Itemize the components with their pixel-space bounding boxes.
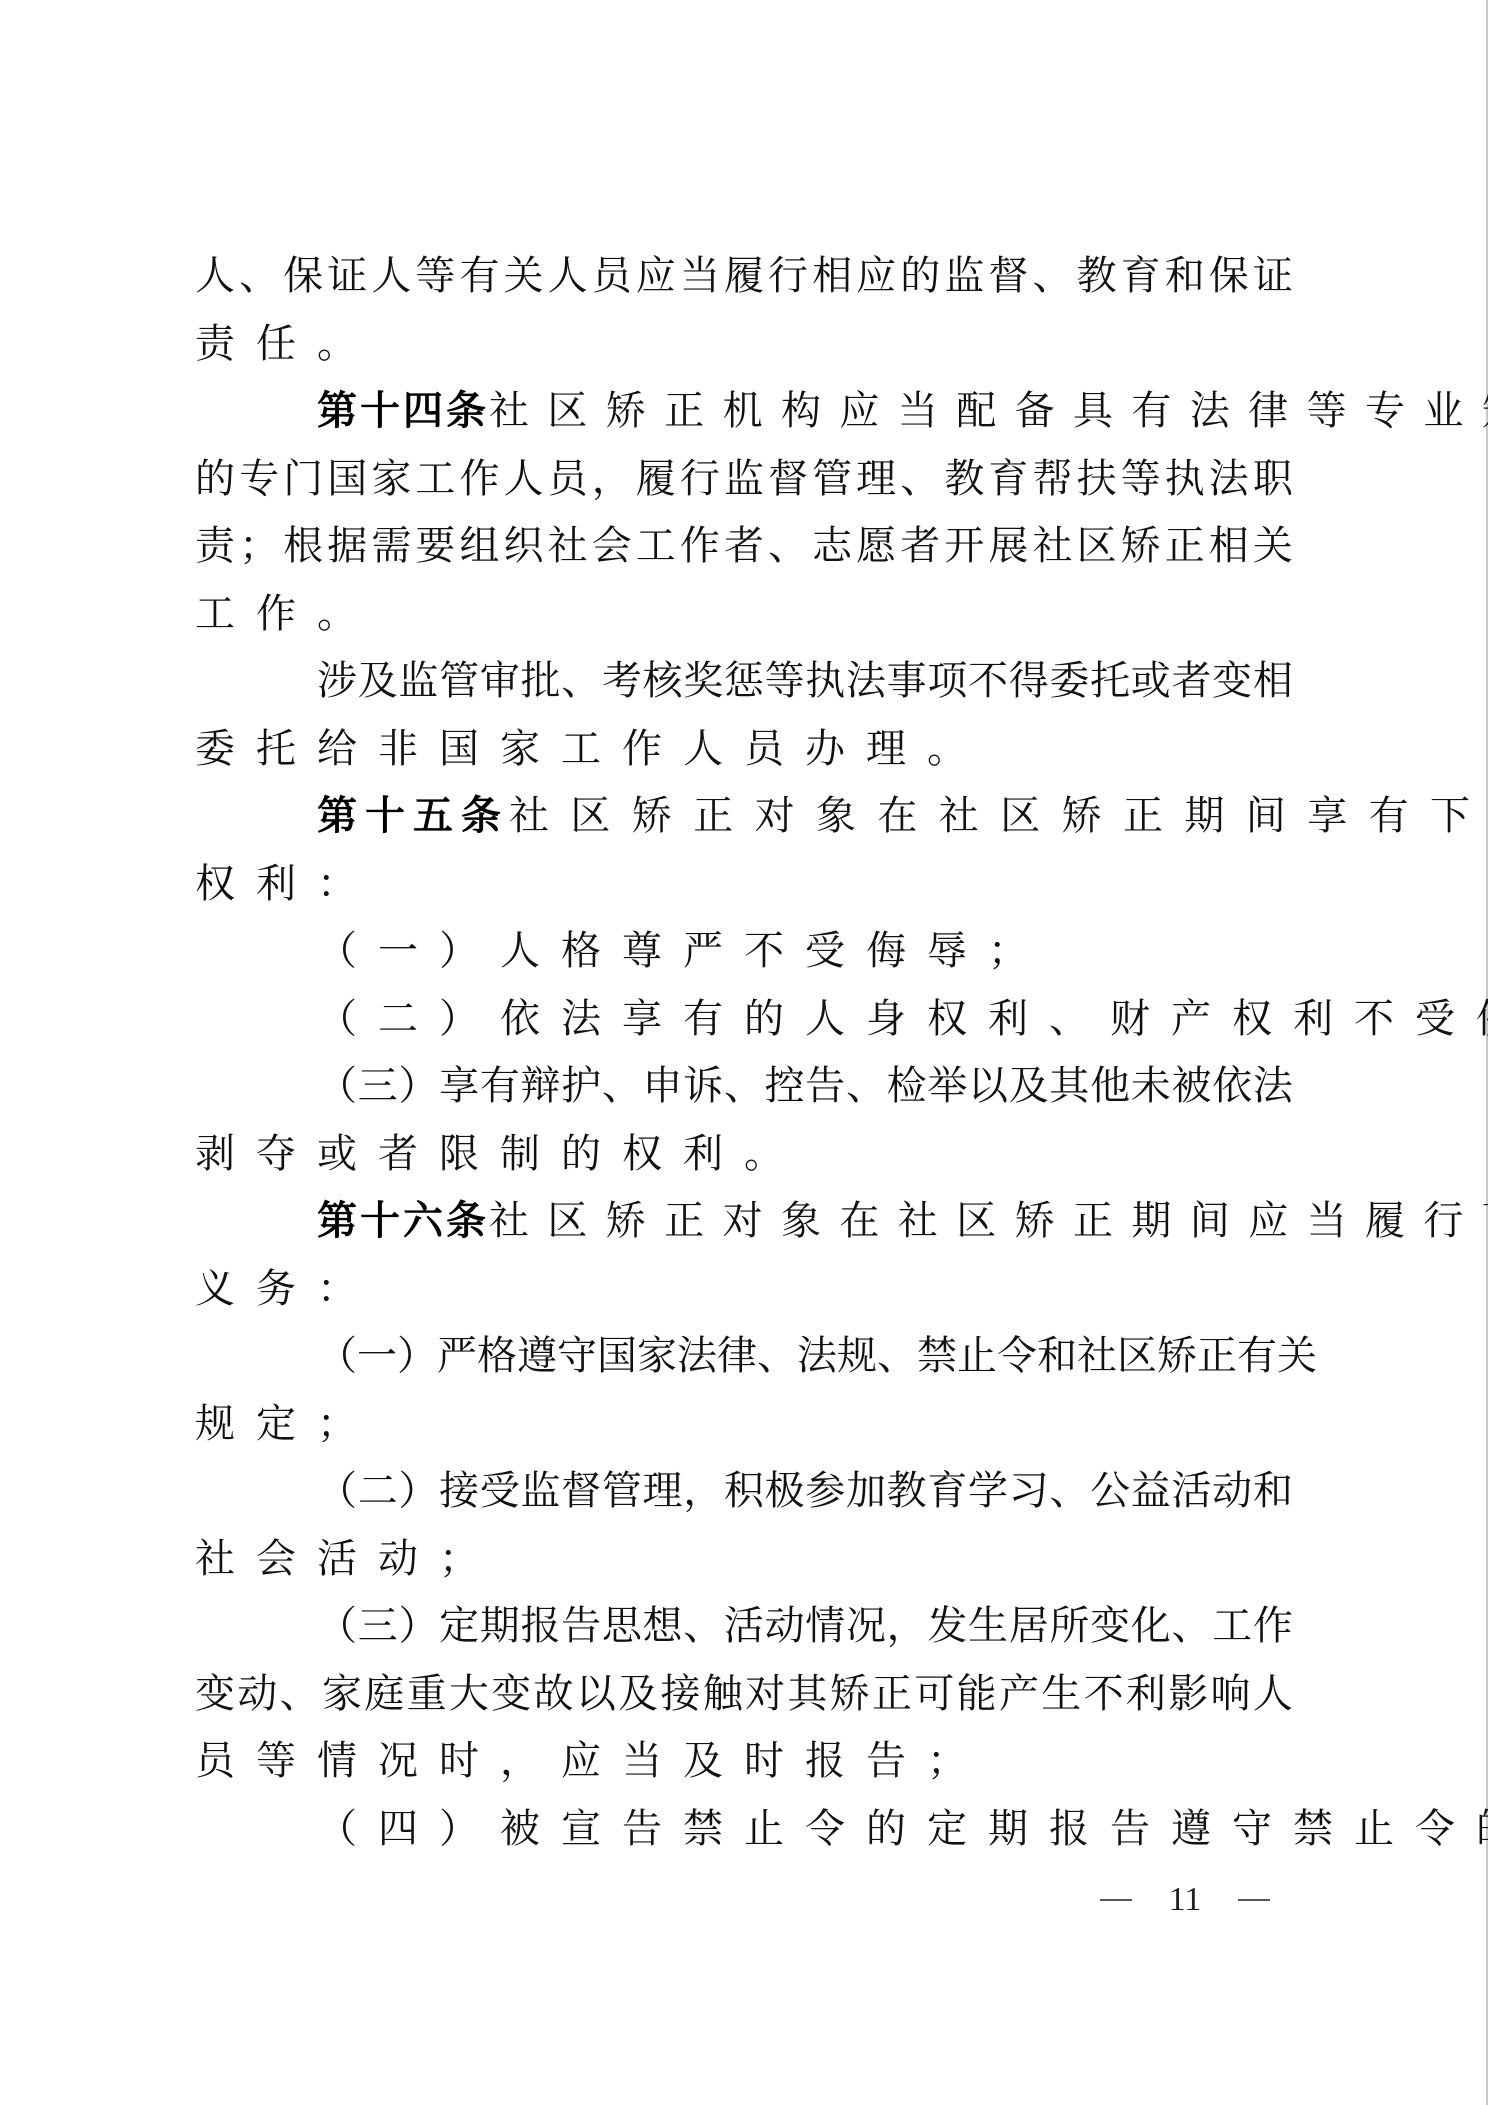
glyph: 家 [371,446,411,514]
glyph: 人 [548,243,588,311]
glyph: 生 [968,1593,1008,1661]
glyph: 三 [358,1053,398,1121]
glyph: 享 [439,1053,479,1121]
glyph: 的 [900,243,940,311]
list-item: （三）享有辩护、申诉、控告、检举以及其他未被依法 [195,1053,1293,1121]
glyph: 诉 [683,1053,723,1121]
glyph: 告 [561,1593,601,1661]
glyph: 核 [643,648,683,716]
dash-right [1238,1899,1270,1901]
glyph: ， [683,1458,723,1526]
text-span: 社区矫正机构应当配备具有法律等专业知识 [489,378,1488,446]
glyph: 法 [1253,1053,1293,1121]
glyph: 惩 [724,648,764,716]
glyph: 组 [459,513,499,581]
glyph: 会 [592,513,632,581]
glyph: 令 [997,1323,1037,1391]
glyph: 托 [1090,648,1130,716]
glyph: 考 [602,648,642,716]
glyph: 故 [534,1661,574,1729]
glyph: 等 [415,243,455,311]
glyph: 监 [398,648,438,716]
glyph: 区 [1077,513,1117,581]
glyph: 及 [1009,1053,1049,1121]
glyph: 法 [1209,446,1249,514]
glyph: 审 [480,648,520,716]
glyph: 护 [561,1053,601,1121]
glyph: 告 [805,1053,845,1121]
glyph: 、 [602,1053,642,1121]
glyph: 育 [988,446,1028,514]
glyph: 理 [643,1458,683,1526]
glyph: 帮 [1032,446,1072,514]
glyph: 加 [846,1458,886,1526]
glyph: 动 [237,1661,277,1729]
page-number: 11 [1169,1881,1202,1919]
glyph: 他 [1090,1053,1130,1121]
glyph: 接 [439,1458,479,1526]
glyph: 人 [504,446,544,514]
article-heading: 第十五条 [317,783,509,851]
glyph: 其 [787,1661,827,1729]
glyph: 开 [944,513,984,581]
glyph: 、 [724,1053,764,1121]
glyph: 益 [1131,1458,1171,1526]
text-line: 涉及监管审批、考核奖惩等执法事项不得委托或者变相 [195,648,1293,716]
text-line: 工作。 [195,581,1293,649]
glyph: 不 [968,648,1008,716]
glyph: 居 [1009,1593,1049,1661]
glyph: 一 [357,1323,397,1391]
glyph: 管 [439,648,479,716]
glyph: 动 [765,1593,805,1661]
glyph: 织 [504,513,544,581]
glyph: 和 [1037,1323,1077,1391]
glyph: 应 [856,243,896,311]
glyph: 人 [1253,1661,1293,1729]
glyph: 规 [837,1323,877,1391]
glyph: 监 [724,446,764,514]
text-line: 变动、家庭重大变故以及接触对其矫正可能产生不利影响人 [195,1661,1293,1729]
glyph: 极 [765,1458,805,1526]
text-line: 员等情况时，应当及时报告； [195,1728,1293,1796]
glyph: 、 [1032,243,1072,311]
glyph: 、 [877,1323,917,1391]
glyph: 者 [724,513,764,581]
glyph: 响 [1211,1661,1251,1729]
glyph: 活 [1171,1458,1211,1526]
glyph: 事 [887,648,927,716]
glyph: 关 [504,243,544,311]
glyph: 证 [327,243,367,311]
glyph: 积 [724,1458,764,1526]
list-item: （一）人格尊严不受侮辱； [195,918,1293,986]
glyph: 育 [927,1458,967,1526]
glyph: 况 [846,1593,886,1661]
glyph: 家 [637,1323,677,1391]
glyph: 变 [1090,1593,1130,1661]
glyph: 法 [797,1323,837,1391]
glyph: 责 [195,513,235,581]
glyph: 社 [548,513,588,581]
glyph: 有 [1237,1323,1277,1391]
glyph: 思 [602,1593,642,1661]
article-16-first-line: 第十六条 社区矫正对象在社区矫正期间应当履行下列 [195,1188,1293,1256]
glyph: 、 [280,1661,320,1729]
glyph: 以 [576,1661,616,1729]
glyph: 涉 [317,648,357,716]
glyph: 执 [805,648,845,716]
glyph: 门 [283,446,323,514]
glyph: 影 [1168,1661,1208,1729]
text-line: 规定； [195,1391,1293,1459]
glyph: 律 [717,1323,757,1391]
glyph: 需 [371,513,411,581]
glyph: 执 [1165,446,1205,514]
list-item: （二）接受监督管理，积极参加教育学习、公益活动和 [195,1458,1293,1526]
glyph: 所 [1049,1593,1089,1661]
glyph: 其 [1049,1053,1089,1121]
glyph: 大 [449,1661,489,1729]
glyph: ） [398,1593,438,1661]
glyph: 或 [1131,648,1171,716]
glyph: 、 [1049,1458,1089,1526]
glyph: 保 [1209,243,1249,311]
glyph: 接 [660,1661,700,1729]
glyph: 、 [900,446,940,514]
glyph: 公 [1090,1458,1130,1526]
glyph: 作 [459,446,499,514]
glyph: 区 [1117,1323,1157,1391]
glyph: 活 [724,1593,764,1661]
glyph: 人 [371,243,411,311]
glyph: （ [317,1458,357,1526]
glyph: （ [317,1323,357,1391]
glyph: 格 [477,1323,517,1391]
glyph: 三 [358,1593,398,1661]
glyph: 据 [327,513,367,581]
glyph: 委 [1049,648,1089,716]
glyph: 受 [480,1458,520,1526]
glyph: 、 [768,513,808,581]
list-item: （四）被宣告禁止令的定期报告遵守禁止令的情况； [195,1796,1293,1864]
glyph: 禁 [917,1323,957,1391]
dash-left [1100,1899,1132,1901]
glyph: 项 [927,648,967,716]
glyph: 员 [548,446,588,514]
text-span: 社区矫正对象在社区矫正期间应当履行下列 [489,1188,1488,1256]
glyph: ， [887,1593,927,1661]
glyph: 辩 [520,1053,560,1121]
list-item: （三）定期报告思想、活动情况，发生居所变化、工作 [195,1593,1293,1661]
glyph: 发 [927,1593,967,1661]
list-item: （二）依法享有的人身权利、财产权利不受侵犯； [195,986,1293,1054]
glyph: 当 [680,243,720,311]
text-line: 人、保证人等有关人员应当履行相应的监督、教育和保证 [195,243,1293,311]
glyph: 工 [415,446,455,514]
glyph: 变 [195,1661,235,1729]
glyph: 矫 [1121,513,1161,581]
glyph: 育 [1121,243,1161,311]
glyph: 生 [1041,1661,1081,1729]
glyph: 家 [322,1661,362,1729]
glyph: 根 [283,513,323,581]
glyph: 有 [480,1053,520,1121]
glyph: 申 [643,1053,683,1121]
list-item: （一）严格遵守国家法律、法规、禁止令和社区矫正有关 [195,1323,1293,1391]
glyph: 正 [1197,1323,1237,1391]
glyph: 法 [846,648,886,716]
glyph: 遵 [517,1323,557,1391]
glyph: 、 [239,243,279,311]
text-line: 责任。 [195,311,1293,379]
glyph: ） [397,1323,437,1391]
glyph: 法 [677,1323,717,1391]
glyph: （ [317,1593,357,1661]
glyph: 学 [968,1458,1008,1526]
glyph: 严 [437,1323,477,1391]
glyph: 教 [944,446,984,514]
glyph: ； [239,513,279,581]
article-15-first-line: 第十五条 社区矫正对象在社区矫正期间享有下列 [195,783,1293,851]
glyph: 对 [745,1661,785,1729]
glyph: 社 [1077,1323,1117,1391]
glyph: 化 [1131,1593,1171,1661]
glyph: 督 [561,1458,601,1526]
glyph: 习 [1009,1458,1049,1526]
glyph: 证 [1253,243,1293,311]
glyph: 作 [1253,1593,1293,1661]
glyph: 志 [812,513,852,581]
text-line: 的专门国家工作人员，履行监督管理、教育帮扶等执法职 [195,446,1293,514]
glyph: 触 [703,1661,743,1729]
glyph: 关 [1277,1323,1317,1391]
glyph: 未 [1131,1053,1171,1121]
glyph: 矫 [1157,1323,1197,1391]
article-heading: 第十六条 [317,1188,489,1256]
glyph: 教 [887,1458,927,1526]
glyph: 者 [1171,648,1211,716]
glyph: 止 [957,1323,997,1391]
glyph: 守 [557,1323,597,1391]
glyph: 扶 [1077,446,1117,514]
glyph: 监 [944,243,984,311]
glyph: 展 [988,513,1028,581]
glyph: 批 [520,648,560,716]
article-heading: 第十四条 [317,378,489,446]
glyph: 能 [957,1661,997,1729]
glyph: 行 [768,243,808,311]
glyph: 得 [1009,648,1049,716]
glyph: 矫 [830,1661,870,1729]
glyph: 愿 [856,513,896,581]
glyph: 正 [1165,513,1205,581]
glyph: 关 [1253,513,1293,581]
text-line: 剥夺或者限制的权利。 [195,1121,1293,1189]
glyph: 二 [358,1458,398,1526]
glyph: 报 [520,1593,560,1661]
glyph: 控 [765,1053,805,1121]
glyph: 理 [856,446,896,514]
text-line: 义务： [195,1256,1293,1324]
glyph: 庭 [364,1661,404,1729]
glyph: ） [398,1458,438,1526]
glyph: 应 [636,243,676,311]
glyph: 期 [480,1593,520,1661]
glyph: 举 [927,1053,967,1121]
glyph: 有 [459,243,499,311]
glyph: 管 [602,1458,642,1526]
glyph: 工 [636,513,676,581]
glyph: 监 [520,1458,560,1526]
glyph: ， [592,446,632,514]
glyph: 国 [597,1323,637,1391]
glyph: 的 [195,446,235,514]
glyph: 保 [283,243,323,311]
glyph: 专 [239,446,279,514]
glyph: 参 [805,1458,845,1526]
glyph: 变 [1212,648,1252,716]
glyph: 及 [618,1661,658,1729]
glyph: ） [398,1053,438,1121]
page-number-footer: 11 [1100,1880,1270,1920]
document-body: 人、保证人等有关人员应当履行相应的监督、教育和保证 责任。 第十四条 社区矫正机… [195,243,1293,1863]
text-line: 权利： [195,851,1293,919]
glyph: 履 [724,243,764,311]
glyph: 、 [561,648,601,716]
glyph: 和 [1253,1458,1293,1526]
glyph: 相 [1209,513,1249,581]
glyph: 和 [1165,243,1205,311]
glyph: 工 [1212,1593,1252,1661]
glyph: 相 [812,243,852,311]
glyph: 督 [988,243,1028,311]
glyph: 产 [999,1661,1039,1729]
glyph: 检 [887,1053,927,1121]
glyph: 履 [636,446,676,514]
glyph: 想 [643,1593,683,1661]
article-14-first-line: 第十四条 社区矫正机构应当配备具有法律等专业知识 [195,378,1293,446]
glyph: 社 [1032,513,1072,581]
glyph: 作 [680,513,720,581]
glyph: 重 [407,1661,447,1729]
glyph: 及 [358,648,398,716]
glyph: 动 [1212,1458,1252,1526]
glyph: 、 [1171,1593,1211,1661]
glyph: 员 [592,243,632,311]
glyph: 、 [683,1593,723,1661]
glyph: 、 [846,1053,886,1121]
glyph: 要 [415,513,455,581]
glyph: 定 [439,1593,479,1661]
glyph: 等 [765,648,805,716]
glyph: 者 [900,513,940,581]
glyph: 人 [195,243,235,311]
glyph: 等 [1121,446,1161,514]
glyph: 相 [1253,648,1293,716]
glyph: 管 [812,446,852,514]
glyph: 职 [1253,446,1293,514]
glyph: 国 [327,446,367,514]
text-line: 责；根据需要组织社会工作者、志愿者开展社区矫正相关 [195,513,1293,581]
glyph: 依 [1212,1053,1252,1121]
glyph: 行 [680,446,720,514]
glyph: 被 [1171,1053,1211,1121]
text-line: 社会活动； [195,1526,1293,1594]
glyph: （ [317,1053,357,1121]
glyph: 变 [491,1661,531,1729]
glyph: 不 [1084,1661,1124,1729]
glyph: 利 [1126,1661,1166,1729]
glyph: 奖 [683,648,723,716]
glyph: 可 [914,1661,954,1729]
glyph: 正 [872,1661,912,1729]
glyph: 情 [805,1593,845,1661]
glyph: 督 [768,446,808,514]
text-span: 社区矫正对象在社区矫正期间享有下列 [509,783,1488,851]
glyph: 以 [968,1053,1008,1121]
glyph: 教 [1077,243,1117,311]
glyph: 、 [757,1323,797,1391]
text-line: 委托给非国家工作人员办理。 [195,716,1293,784]
